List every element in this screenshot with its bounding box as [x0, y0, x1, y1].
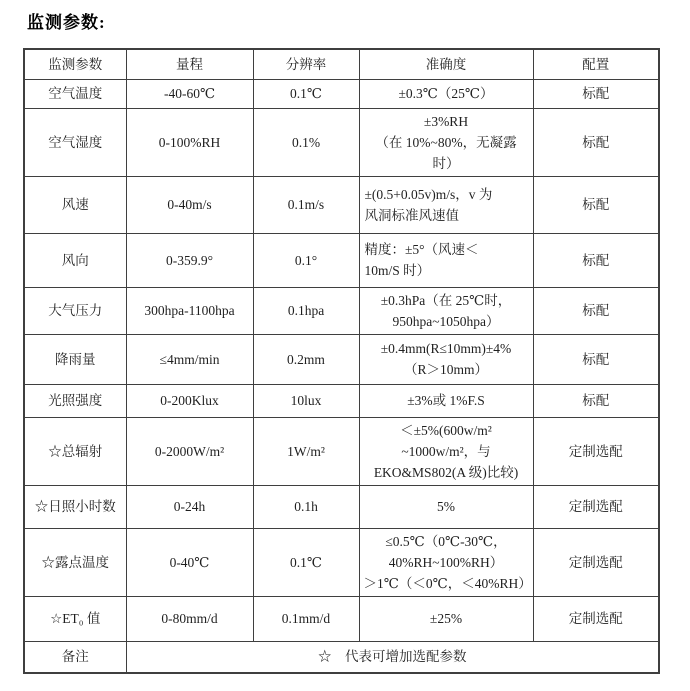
cell-param: 空气湿度 [24, 108, 126, 176]
accuracy-line: 40%RH~100%RH） [364, 552, 529, 573]
cell-accuracy: ±25% [359, 596, 533, 641]
cell-param: ☆总辐射 [24, 417, 126, 485]
cell-resolution: 1W/m² [253, 417, 359, 485]
accuracy-line: ＞1℃（＜0℃，＜40%RH） [364, 573, 529, 594]
accuracy-line: ＜±5%(600w/m² [364, 420, 529, 441]
accuracy-line: （R＞10mm） [364, 359, 529, 380]
table-row: ☆日照小时数0-24h0.1h5%定制选配 [24, 485, 659, 528]
cell-param: 大气压力 [24, 287, 126, 334]
cell-accuracy: 精度：±5°（风速＜10m/S 时） [359, 233, 533, 287]
cell-resolution: 0.1° [253, 233, 359, 287]
cell-param: ☆露点温度 [24, 528, 126, 596]
accuracy-line: EKO&MS802(A 级)比较) [364, 462, 529, 483]
table-remark-row: 备注☆ 代表可增加选配参数 [24, 641, 659, 673]
accuracy-line: ±3%或 1%F.S [364, 390, 529, 411]
table-row: 大气压力300hpa-1100hpa0.1hpa±0.3hPa（在 25℃时，9… [24, 287, 659, 334]
column-header: 分辨率 [253, 49, 359, 79]
spec-table-body: 监测参数量程分辨率准确度配置空气温度-40-60℃0.1℃±0.3℃（25℃）标… [24, 49, 659, 673]
cell-config: 标配 [533, 79, 659, 108]
cell-config: 标配 [533, 287, 659, 334]
cell-accuracy: ≤0.5℃（0℃-30℃，40%RH~100%RH）＞1℃（＜0℃，＜40%RH… [359, 528, 533, 596]
cell-accuracy: ±0.3℃（25℃） [359, 79, 533, 108]
accuracy-line: ±0.3hPa（在 25℃时， [364, 290, 529, 311]
spec-table: 监测参数量程分辨率准确度配置空气温度-40-60℃0.1℃±0.3℃（25℃）标… [23, 48, 660, 674]
cell-range: 0-80mm/d [126, 596, 253, 641]
table-row: ☆总辐射0-2000W/m²1W/m²＜±5%(600w/m²~1000w/m²… [24, 417, 659, 485]
cell-resolution: 0.1% [253, 108, 359, 176]
cell-range: 300hpa-1100hpa [126, 287, 253, 334]
cell-accuracy: ±0.3hPa（在 25℃时，950hpa~1050hpa） [359, 287, 533, 334]
cell-range: 0-40℃ [126, 528, 253, 596]
accuracy-line: 精度：±5°（风速＜ [365, 239, 529, 260]
accuracy-line: （在 10%~80%，无凝露 [364, 132, 529, 153]
accuracy-line: 5% [364, 496, 529, 517]
cell-resolution: 0.1℃ [253, 79, 359, 108]
column-header: 量程 [126, 49, 253, 79]
cell-remark-label: 备注 [24, 641, 126, 673]
accuracy-line: ≤0.5℃（0℃-30℃， [364, 531, 529, 552]
cell-param: 光照强度 [24, 384, 126, 417]
cell-param: ☆ET₀ 值 [24, 596, 126, 641]
accuracy-line: 10m/S 时） [365, 260, 529, 281]
cell-config: 定制选配 [533, 417, 659, 485]
accuracy-line: ±0.3℃（25℃） [364, 83, 529, 104]
cell-range: 0-40m/s [126, 176, 253, 233]
cell-range: -40-60℃ [126, 79, 253, 108]
column-header: 配置 [533, 49, 659, 79]
cell-remark-note: ☆ 代表可增加选配参数 [126, 641, 659, 673]
cell-resolution: 0.2mm [253, 334, 359, 384]
cell-resolution: 10lux [253, 384, 359, 417]
cell-param: 风速 [24, 176, 126, 233]
cell-config: 标配 [533, 233, 659, 287]
cell-param: 降雨量 [24, 334, 126, 384]
accuracy-line: ±(0.5+0.05v)m/s，v 为 [365, 184, 529, 205]
accuracy-line: ~1000w/m²，与 [364, 441, 529, 462]
table-row: 空气湿度0-100%RH0.1%±3%RH（在 10%~80%，无凝露时）标配 [24, 108, 659, 176]
cell-resolution: 0.1℃ [253, 528, 359, 596]
cell-config: 标配 [533, 384, 659, 417]
table-row: 降雨量≤4mm/min0.2mm±0.4mm(R≤10mm)±4%（R＞10mm… [24, 334, 659, 384]
cell-resolution: 0.1mm/d [253, 596, 359, 641]
cell-accuracy: ±3%RH（在 10%~80%，无凝露时） [359, 108, 533, 176]
cell-range: 0-200Klux [126, 384, 253, 417]
document-page: 监测参数: 监测参数量程分辨率准确度配置空气温度-40-60℃0.1℃±0.3℃… [0, 0, 690, 691]
cell-range: 0-359.9° [126, 233, 253, 287]
cell-resolution: 0.1hpa [253, 287, 359, 334]
cell-resolution: 0.1h [253, 485, 359, 528]
column-header: 监测参数 [24, 49, 126, 79]
cell-accuracy: ＜±5%(600w/m²~1000w/m²，与EKO&MS802(A 级)比较) [359, 417, 533, 485]
cell-accuracy: ±(0.5+0.05v)m/s，v 为风洞标准风速值 [359, 176, 533, 233]
cell-range: 0-2000W/m² [126, 417, 253, 485]
accuracy-line: ±3%RH [364, 111, 529, 132]
cell-accuracy: ±0.4mm(R≤10mm)±4%（R＞10mm） [359, 334, 533, 384]
cell-config: 定制选配 [533, 528, 659, 596]
table-row: 光照强度0-200Klux10lux±3%或 1%F.S标配 [24, 384, 659, 417]
accuracy-line: 风洞标准风速值 [365, 205, 529, 226]
cell-accuracy: 5% [359, 485, 533, 528]
cell-param: 风向 [24, 233, 126, 287]
cell-param: 空气温度 [24, 79, 126, 108]
table-row: ☆ET₀ 值0-80mm/d0.1mm/d±25%定制选配 [24, 596, 659, 641]
table-row: 空气温度-40-60℃0.1℃±0.3℃（25℃）标配 [24, 79, 659, 108]
accuracy-line: 时） [364, 153, 529, 174]
accuracy-line: ±25% [364, 608, 529, 629]
table-row: ☆露点温度0-40℃0.1℃≤0.5℃（0℃-30℃，40%RH~100%RH）… [24, 528, 659, 596]
cell-range: 0-24h [126, 485, 253, 528]
accuracy-line: ±0.4mm(R≤10mm)±4% [364, 338, 529, 359]
accuracy-line: 950hpa~1050hpa） [364, 311, 529, 332]
table-row: 风向0-359.9°0.1°精度：±5°（风速＜10m/S 时）标配 [24, 233, 659, 287]
page-title: 监测参数: [27, 8, 106, 33]
cell-config: 标配 [533, 176, 659, 233]
cell-accuracy: ±3%或 1%F.S [359, 384, 533, 417]
cell-range: 0-100%RH [126, 108, 253, 176]
cell-param: ☆日照小时数 [24, 485, 126, 528]
cell-config: 定制选配 [533, 485, 659, 528]
cell-range: ≤4mm/min [126, 334, 253, 384]
table-header-row: 监测参数量程分辨率准确度配置 [24, 49, 659, 79]
cell-config: 标配 [533, 108, 659, 176]
cell-resolution: 0.1m/s [253, 176, 359, 233]
cell-config: 定制选配 [533, 596, 659, 641]
column-header: 准确度 [359, 49, 533, 79]
table-row: 风速0-40m/s0.1m/s±(0.5+0.05v)m/s，v 为风洞标准风速… [24, 176, 659, 233]
cell-config: 标配 [533, 334, 659, 384]
